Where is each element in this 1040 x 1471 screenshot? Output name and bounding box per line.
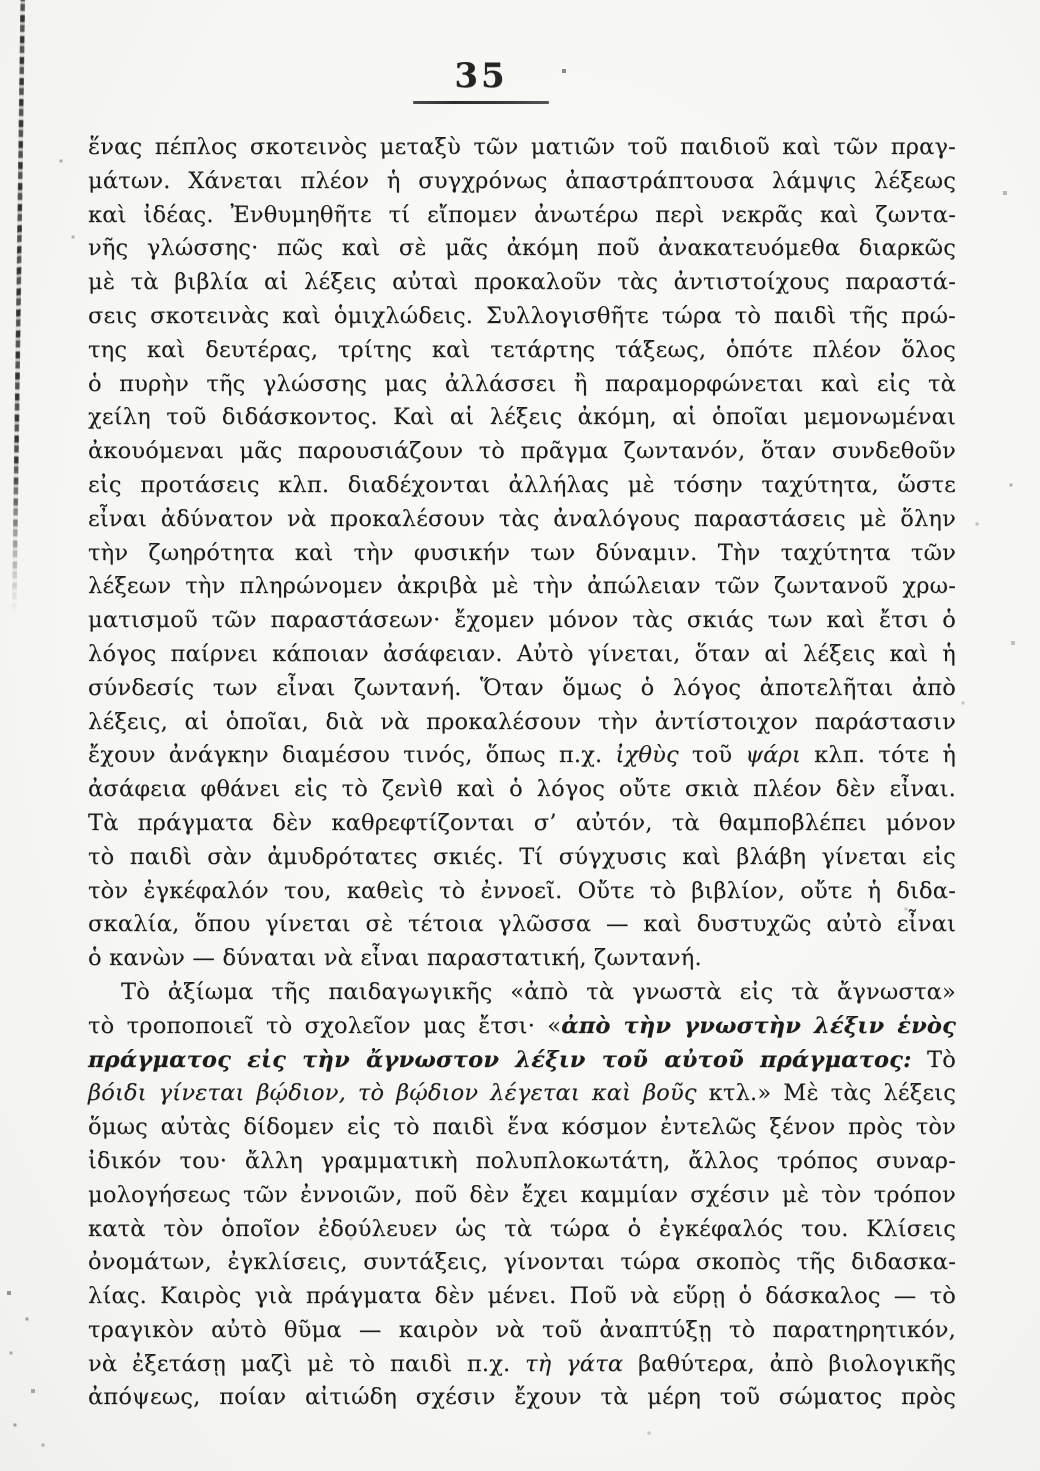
- text-segment: εἶναι ἀδύνατον νὰ προκαλέσουν τὰς ἀναλόγ…: [88, 506, 956, 532]
- page-number-rule: [413, 101, 549, 104]
- text-segment: λόγος παίρνει κάποιαν ἀσάφειαν. Αὐτὸ γίν…: [88, 641, 956, 667]
- text-segment: ἀπόψεως, ποίαν αἰτιώδη σχέσιν ἔχουν τὰ μ…: [88, 1384, 956, 1410]
- text-segment: μάτων. Χάνεται πλέον ἡ συγχρόνως ἀπαστρά…: [88, 168, 956, 194]
- text-segment: τραγικὸν αὐτὸ θῦμα — καιρὸν νὰ τοῦ ἀναπτ…: [88, 1317, 956, 1343]
- text-line: νῆς γλώσσης· πῶς καὶ σὲ μᾶς ἀκόμη ποῦ ἀν…: [88, 232, 956, 266]
- text-line: τὸ παιδὶ σὰν ἀμυδρότατες σκιές. Τί σύγχυ…: [88, 841, 956, 875]
- scan-artifact-edge-streak: [12, 0, 26, 614]
- text-line: τὴν ζωηρότητα καὶ τὴν φυσικήν των δύναμι…: [88, 537, 956, 571]
- text-segment: σεις σκοτεινὰς καὶ ὁμιχλώδεις. Συλλογισθ…: [88, 303, 956, 329]
- page-header: 35: [411, 56, 551, 96]
- text-segment: σκαλία, ὅπου γίνεται σὲ τέτοια γλῶσσα — …: [88, 911, 956, 937]
- text-line: ἀσάφεια φθάνει εἰς τὸ ζενὶθ καὶ ὁ λόγος …: [88, 773, 956, 807]
- text-segment: σύνδεσίς των εἶναι ζωντανή. Ὅταν ὅμως ὁ …: [88, 675, 956, 701]
- text-line: λόγος παίρνει κάποιαν ἀσάφειαν. Αὐτὸ γίν…: [88, 638, 956, 672]
- text-segment: τὴν ζωηρότητα καὶ τὴν φυσικήν των δύναμι…: [88, 540, 956, 566]
- text-line: σεις σκοτεινὰς καὶ ὁμιχλώδεις. Συλλογισθ…: [88, 300, 956, 334]
- text-segment: ἰδικόν του· ἄλλη γραμματικὴ πολυπλοκωτάτ…: [88, 1148, 956, 1174]
- text-segment: ὁ πυρὴν τῆς γλώσσης μας ἀλλάσσει ἢ παραμ…: [88, 371, 956, 397]
- italic-segment: ψάρι: [745, 742, 801, 768]
- text-line: σκαλία, ὅπου γίνεται σὲ τέτοια γλῶσσα — …: [88, 908, 956, 942]
- text-segment: ἀσάφεια φθάνει εἰς τὸ ζενὶθ καὶ ὁ λόγος …: [88, 776, 956, 802]
- text-segment: ἕνας πέπλος σκοτεινὸς μεταξὺ τῶν ματιῶν …: [88, 134, 956, 160]
- text-segment: κλπ. τότε ἡ: [801, 742, 956, 768]
- text-line: Τὰ πράγματα δὲν καθρεφτίζονται σ’ αὐτόν,…: [88, 807, 956, 841]
- text-line: μολογήσεως τῶν ἐννοιῶν, ποῦ δὲν ἔχει καμ…: [88, 1179, 956, 1213]
- text-line: ὅμως αὐτὰς δίδομεν εἰς τὸ παιδὶ ἕνα κόσμ…: [88, 1111, 956, 1145]
- text-line: τὸν ἐγκέφαλόν του, καθεὶς τὸ ἐννοεῖ. Οὔτ…: [88, 875, 956, 909]
- text-line: μάτων. Χάνεται πλέον ἡ συγχρόνως ἀπαστρά…: [88, 165, 956, 199]
- italic-segment: τὴ γάτα: [525, 1351, 623, 1377]
- text-line: σύνδεσίς των εἶναι ζωντανή. Ὅταν ὅμως ὁ …: [88, 672, 956, 706]
- text-segment: της καὶ δευτέρας, τρίτης καὶ τετάρτης τά…: [88, 337, 956, 363]
- text-segment: ματισμοῦ τῶν παραστάσεων· ἔχομεν μόνον τ…: [88, 607, 956, 633]
- text-segment: ὀνομάτων, ἐγκλίσεις, συντάξεις, γίνονται…: [88, 1249, 956, 1275]
- text-segment: λέξεων τὴν πληρώνομεν ἀκριβὰ μὲ τὴν ἀπώλ…: [88, 573, 956, 599]
- text-line: εἶναι ἀδύνατον νὰ προκαλέσουν τὰς ἀναλόγ…: [88, 503, 956, 537]
- text-segment: βαθύτερα, ἀπὸ βιολογικῆς: [623, 1351, 956, 1377]
- italic-segment: ἰχθὺς: [616, 742, 679, 768]
- text-segment: καὶ ἰδέας. Ἐνθυμηθῆτε τί εἴπομεν ἀνωτέρω…: [88, 202, 956, 228]
- text-line: κατὰ τὸν ὁποῖον ἐδούλευεν ὡς τὰ τώρα ὁ ἐ…: [88, 1213, 956, 1247]
- text-segment: τὸ παιδὶ σὰν ἀμυδρότατες σκιές. Τί σύγχυ…: [88, 844, 956, 870]
- text-line: καὶ ἰδέας. Ἐνθυμηθῆτε τί εἴπομεν ἀνωτέρω…: [88, 199, 956, 233]
- text-segment: τὸν ἐγκέφαλόν του, καθεὶς τὸ ἐννοεῖ. Οὔτ…: [88, 878, 956, 904]
- scan-artifact-speckles: [0, 0, 2, 2]
- text-line: ὀνομάτων, ἐγκλίσεις, συντάξεις, γίνονται…: [88, 1246, 956, 1280]
- text-block: ἕνας πέπλος σκοτεινὸς μεταξὺ τῶν ματιῶν …: [88, 131, 956, 1415]
- text-line: ἔχουν ἀνάγκην διαμέσου τινός, ὅπως π.χ. …: [88, 739, 956, 773]
- text-segment: μὲ τὰ βιβλία αἱ λέξεις αὐταὶ προκαλοῦν τ…: [88, 269, 956, 295]
- text-segment: εἰς προτάσεις κλπ. διαδέχονται ἀλλήλας μ…: [88, 472, 956, 498]
- text-line: ἕνας πέπλος σκοτεινὸς μεταξὺ τῶν ματιῶν …: [88, 131, 956, 165]
- text-segment: μολογήσεως τῶν ἐννοιῶν, ποῦ δὲν ἔχει καμ…: [88, 1182, 956, 1208]
- text-segment: Τὸ: [912, 1047, 956, 1073]
- text-segment: ὁ κανὼν — δύναται νὰ εἶναι παραστατική, …: [88, 945, 702, 971]
- text-line: Τὸ ἀξίωμα τῆς παιδαγωγικῆς «ἀπὸ τὰ γνωστ…: [88, 976, 956, 1010]
- text-line: ἰδικόν του· ἄλλη γραμματικὴ πολυπλοκωτάτ…: [88, 1145, 956, 1179]
- scanned-book-page: 35 ἕνας πέπλος σκοτεινὸς μεταξὺ τῶν ματι…: [0, 0, 1040, 1471]
- text-segment: νὰ ἐξετάσῃ μαζὶ μὲ τὸ παιδὶ π.χ.: [88, 1351, 525, 1377]
- text-line: της καὶ δευτέρας, τρίτης καὶ τετάρτης τά…: [88, 334, 956, 368]
- text-line: ματισμοῦ τῶν παραστάσεων· ἔχομεν μόνον τ…: [88, 604, 956, 638]
- text-line: ἀπόψεως, ποίαν αἰτιώδη σχέσιν ἔχουν τὰ μ…: [88, 1381, 956, 1415]
- text-line: τὸ τροποποιεῖ τὸ σχολεῖον μας ἔτσι· «ἀπὸ…: [88, 1010, 956, 1044]
- text-segment: χείλη τοῦ διδάσκοντος. Καὶ αἱ λέξεις ἀκό…: [88, 404, 956, 430]
- bold-italic-segment: ἀπὸ τὴν γνωστὴν λέξιν ἑνὸς: [561, 1013, 956, 1039]
- text-line: ὁ κανὼν — δύναται νὰ εἶναι παραστατική, …: [88, 942, 956, 976]
- text-segment: κατὰ τὸν ὁποῖον ἐδούλευεν ὡς τὰ τώρα ὁ ἐ…: [88, 1216, 956, 1242]
- text-segment: ὅμως αὐτὰς δίδομεν εἰς τὸ παιδὶ ἕνα κόσμ…: [88, 1114, 956, 1140]
- text-line: νὰ ἐξετάσῃ μαζὶ μὲ τὸ παιδὶ π.χ. τὴ γάτα…: [88, 1348, 956, 1382]
- text-segment: τοῦ: [679, 742, 746, 768]
- text-segment: ἀκουόμεναι μᾶς παρουσιάζουν τὸ πρᾶγμα ζω…: [88, 438, 956, 464]
- text-line: εἰς προτάσεις κλπ. διαδέχονται ἀλλήλας μ…: [88, 469, 956, 503]
- text-line: λέξεων τὴν πληρώνομεν ἀκριβὰ μὲ τὴν ἀπώλ…: [88, 570, 956, 604]
- text-line: τραγικὸν αὐτὸ θῦμα — καιρὸν νὰ τοῦ ἀναπτ…: [88, 1314, 956, 1348]
- text-line: μὲ τὰ βιβλία αἱ λέξεις αὐταὶ προκαλοῦν τ…: [88, 266, 956, 300]
- text-segment: λέξεις, αἱ ὁποῖαι, διὰ νὰ προκαλέσουν τὴ…: [88, 709, 956, 735]
- bold-italic-segment: πράγματος εἰς τὴν ἄγνωστον λέξιν τοῦ αὐτ…: [88, 1047, 912, 1073]
- text-line: πράγματος εἰς τὴν ἄγνωστον λέξιν τοῦ αὐτ…: [88, 1044, 956, 1078]
- text-segment: ἔχουν ἀνάγκην διαμέσου τινός, ὅπως π.χ.: [88, 742, 616, 768]
- text-segment: τὸ τροποποιεῖ τὸ σχολεῖον μας ἔτσι· «: [88, 1013, 561, 1039]
- text-segment: Τὰ πράγματα δὲν καθρεφτίζονται σ’ αὐτόν,…: [88, 810, 956, 836]
- text-segment: νῆς γλώσσης· πῶς καὶ σὲ μᾶς ἀκόμη ποῦ ἀν…: [88, 235, 956, 261]
- text-line: ὁ πυρὴν τῆς γλώσσης μας ἀλλάσσει ἢ παραμ…: [88, 368, 956, 402]
- text-line: ἀκουόμεναι μᾶς παρουσιάζουν τὸ πρᾶγμα ζω…: [88, 435, 956, 469]
- page-number: 35: [454, 56, 507, 96]
- text-line: λίας. Καιρὸς γιὰ πράγματα δὲν μένει. Ποῦ…: [88, 1280, 956, 1314]
- text-segment: Τὸ ἀξίωμα τῆς παιδαγωγικῆς «ἀπὸ τὰ γνωστ…: [121, 979, 956, 1005]
- text-segment: λίας. Καιρὸς γιὰ πράγματα δὲν μένει. Ποῦ…: [88, 1283, 956, 1309]
- text-line: βόιδι γίνεται βῴδιον, τὸ βῴδιον λέγεται …: [88, 1077, 956, 1111]
- text-segment: κτλ.» Μὲ τὰς λέξεις: [697, 1080, 956, 1106]
- text-line: χείλη τοῦ διδάσκοντος. Καὶ αἱ λέξεις ἀκό…: [88, 401, 956, 435]
- text-line: λέξεις, αἱ ὁποῖαι, διὰ νὰ προκαλέσουν τὴ…: [88, 706, 956, 740]
- italic-segment: βόιδι γίνεται βῴδιον, τὸ βῴδιον λέγεται …: [88, 1080, 697, 1106]
